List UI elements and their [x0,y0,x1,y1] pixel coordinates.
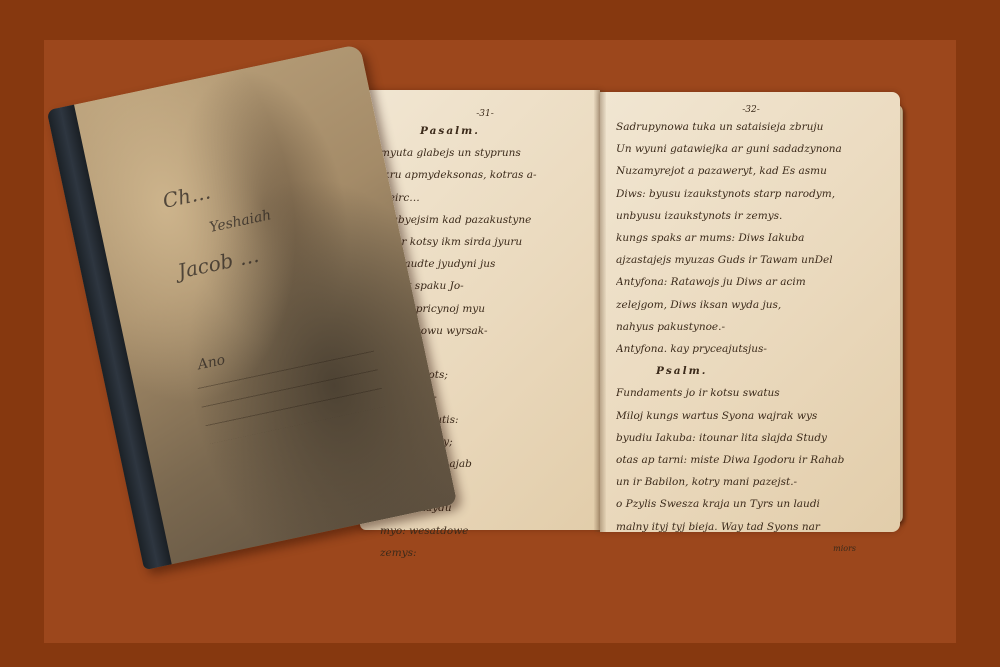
cover-inscription: Ch… Yeshaiah Jacob … Ano [159,162,302,383]
left-page-number: -31- [380,108,590,120]
right-page-line: ajzastajejs myuzas Guds ir Tawam unDel [616,249,886,271]
left-page-line: ikru apmydeksonas, kotras a- [380,164,590,186]
right-page-line: zelejgom, Diws iksan wyda jus, [616,294,886,316]
right-page-line: Sadrupynowa tuka un sataisieja zbruju [616,116,886,138]
right-page-line: Antyfona. kay pryceajutsjus- [616,338,886,360]
left-page-line: myo: wesatdowe [380,520,590,542]
left-page-line: s eirc… [380,187,590,209]
left-page-line: ejsajaudte jyudyni jus [380,253,590,275]
left-page-line: myuta glabejs un stypruns [380,142,590,164]
right-page-line: un ir Babilon, kotry mani pazejst.- [616,471,886,493]
right-page-line: Miloj kungs wartus Syona wajrak wys [616,405,886,427]
right-page-line: unbyusu izaukstynots ir zemys. [616,205,886,227]
right-page-heading: Psalm. [616,360,886,382]
right-page-line: otas ap tarni: miste Diwa Igodoru ir Rah… [616,449,886,471]
right-page: -32- Sadrupynowa tuka un sataisieja zbru… [600,92,900,532]
left-page-line: zemys: [380,542,590,564]
left-page-heading: Pasalm. [380,120,590,142]
right-page-line: kungs spaks ar mums: Diws Iakuba [616,227,886,249]
right-page-line: o Pzylis Swesza kraja un Tyrs un laudi [616,493,886,515]
right-page-text: -32- Sadrupynowa tuka un sataisieja zbru… [616,104,886,560]
right-page-line: Fundaments jo ir kotsu swatus [616,382,886,404]
right-page-line: Nuzamyrejot a pazaweryt, kad Es asmu [616,160,886,182]
right-page-line: Antyfona: Ratawojs ju Diws ar acim [616,271,886,293]
book-gutter [594,90,606,532]
right-page-line: malny ityj tyj bieja. Way tad Syons nar [616,516,886,538]
right-page-line: Un wyuni gatawiejka ar guni sadadzynona [616,138,886,160]
left-page-line: ranir kotsy ikm sirda jyuru [380,231,590,253]
right-page-catchword: miors [616,538,886,560]
right-page-line: byudiu Iakuba: itounar lita slajda Study [616,427,886,449]
right-page-line: nahyus pakustynoe.- [616,316,886,338]
right-page-number: -32- [616,104,886,116]
right-page-line: Diws: byusu izaukstynots starp narodym, [616,183,886,205]
left-page-line: azabyejsim kad pazakustyne [380,209,590,231]
